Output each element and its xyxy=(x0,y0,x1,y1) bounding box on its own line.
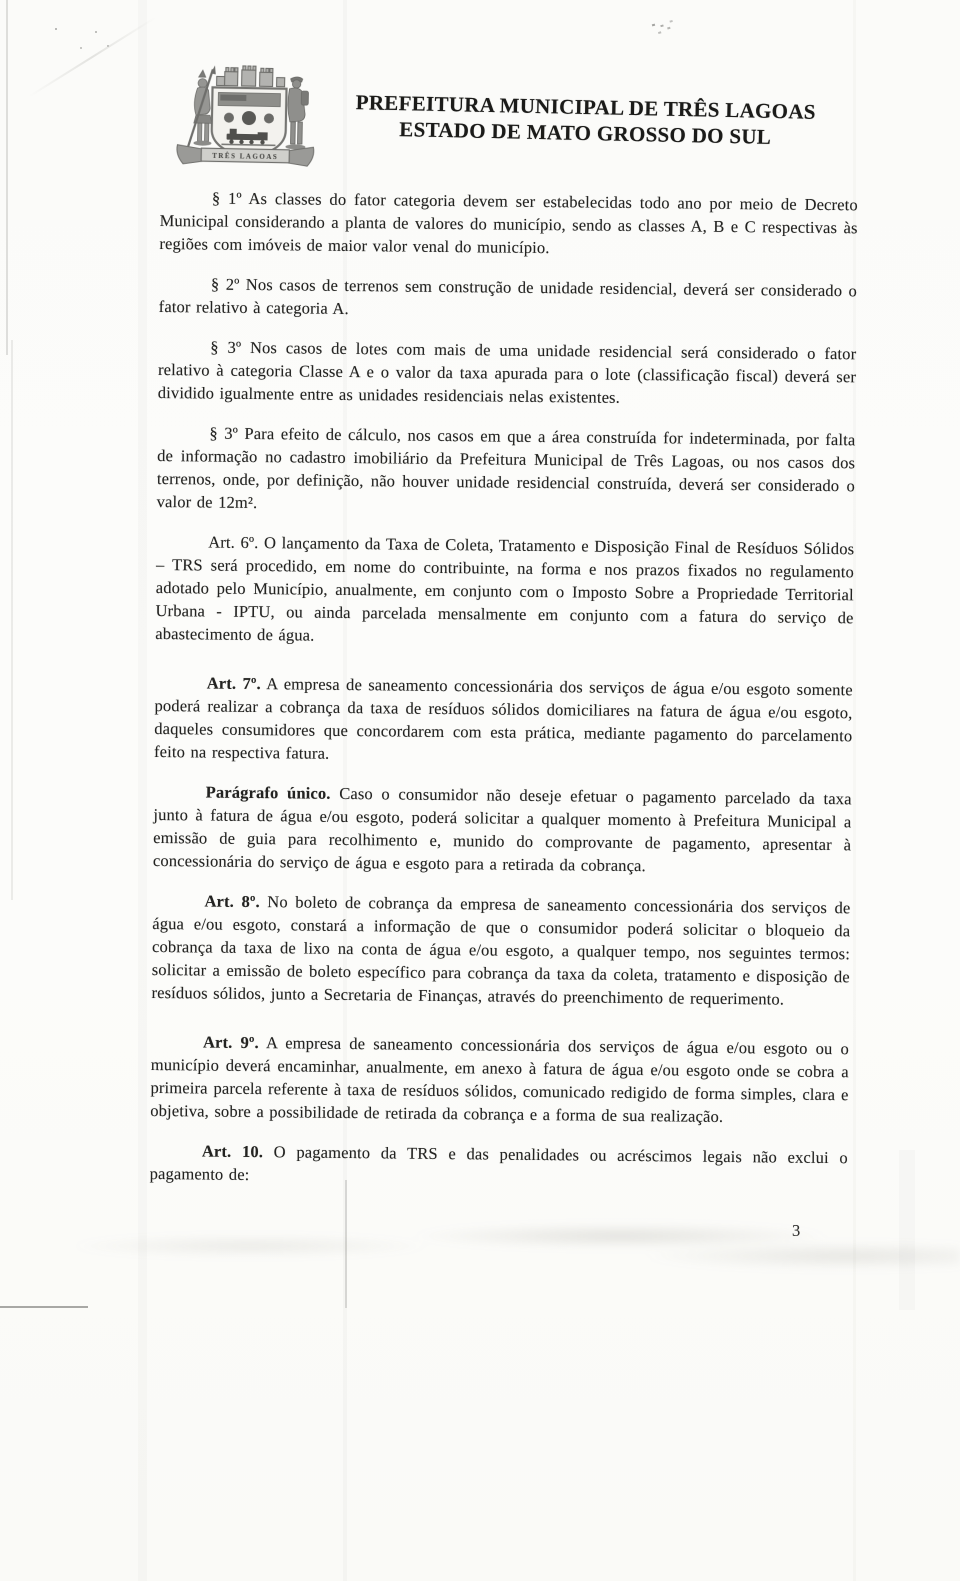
paragraph-lead: Parágrafo único. xyxy=(206,783,331,803)
coat-of-arms-icon: TRÊS LAGOAS xyxy=(171,61,321,172)
paragraph-lead: Art. 9º. xyxy=(203,1032,259,1052)
paragraph-text: Para efeito de cálculo, nos casos em que… xyxy=(157,424,856,512)
scan-streak xyxy=(899,1150,915,1310)
scan-speckles xyxy=(55,28,57,30)
paper-edge-line xyxy=(6,0,8,355)
header-titles: PREFEITURA MUNICIPAL DE TRÊS LAGOAS ESTA… xyxy=(328,89,844,152)
paragraph-lead: § 3º xyxy=(209,424,238,443)
scan-streak xyxy=(138,0,147,1581)
paragraph-lead: § 3º xyxy=(210,338,241,357)
paragraph-lead: Art. 10. xyxy=(202,1141,263,1161)
scanned-document-page: TRÊS LAGOAS PREFEITURA MUNICIPAL DE TRÊS… xyxy=(0,0,960,1581)
paragraph-paragrafo-unico: Parágrafo único. Caso o consumidor não d… xyxy=(153,780,852,879)
paragraph-art-9: Art. 9º. A empresa de saneamento concess… xyxy=(150,1030,849,1129)
paragraph-art-6: Art. 6º. O lançamento da Taxa de Coleta,… xyxy=(155,530,854,652)
paragraph-lead: Art. 6º. xyxy=(208,533,258,553)
paragraph-art-8: Art. 8º. No boleto de cobrança da empres… xyxy=(151,889,850,1011)
paragraph-section-3b: § 3º Para efeito de cálculo, nos casos e… xyxy=(157,421,856,520)
page-number: 3 xyxy=(792,1221,800,1241)
coat-of-arms-icon: TRÊS LAGOAS xyxy=(171,61,321,172)
crest-banner-text: TRÊS LAGOAS xyxy=(212,152,278,161)
paragraph-art-10: Art. 10. O pagamento da TRS e das penali… xyxy=(150,1139,848,1192)
scan-streak xyxy=(28,17,156,98)
paragraph-section-1: § 1º As classes do fator categoria devem… xyxy=(159,186,858,262)
paragraph-section-2: § 2º Nos casos de terrenos sem construçã… xyxy=(159,272,857,325)
paragraph-text: Nos casos de lotes com mais de uma unida… xyxy=(158,338,857,407)
paragraph-art-7: Art. 7º. A empresa de saneamento concess… xyxy=(154,671,853,770)
paragraph-lead: Art. 7º. xyxy=(207,674,261,694)
paragraph-text: O lançamento da Taxa de Coleta, Tratamen… xyxy=(155,533,854,645)
paragraph-lead: § 1º xyxy=(212,189,242,208)
paragraph-text: As classes do fator categoria devem ser … xyxy=(159,189,858,257)
paragraph-section-3: § 3º Nos casos de lotes com mais de uma … xyxy=(158,335,857,411)
document-body: § 1º As classes do fator categoria devem… xyxy=(149,186,858,1209)
paragraph-lead: Art. 8º. xyxy=(204,892,259,912)
paragraph-text: Nos casos de terrenos sem construção de … xyxy=(159,275,857,318)
scan-smudge xyxy=(652,24,655,27)
paper-corner-line xyxy=(0,1306,88,1308)
scan-smudge-band xyxy=(0,1198,960,1278)
paper-edge-line xyxy=(11,340,13,900)
paragraph-lead: § 2º xyxy=(211,275,240,294)
